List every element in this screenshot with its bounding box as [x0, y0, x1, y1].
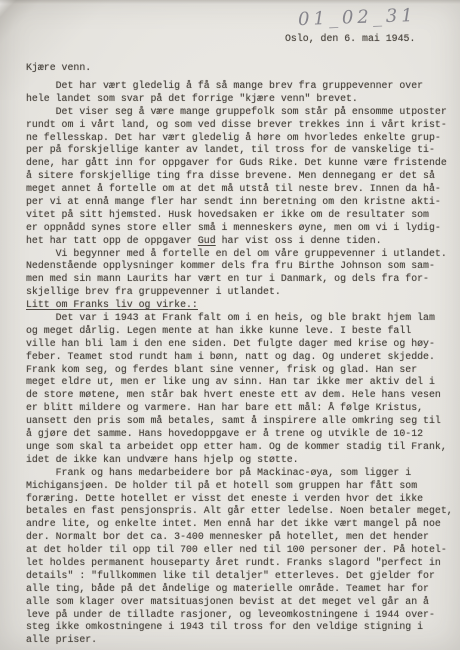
text-line: er oppnådd synes store eller små i menne… — [26, 222, 450, 235]
text-line: alle som klager over matsituasjonen bevi… — [26, 596, 450, 609]
text-line: Frank og hans medarbeidere bor på Mackin… — [26, 467, 450, 480]
text-line: unge som skal ta arbeidet opp etter ham.… — [26, 441, 450, 454]
text-line: skjellige brev fra gruppevenner i utland… — [26, 286, 450, 299]
text-line: Det var i 1943 at Frank falt om i en hei… — [26, 312, 450, 325]
text-line: idet de ikke kan undvære hans hjelp og s… — [26, 454, 450, 467]
text-line: foræring. Dette hotellet er visst det en… — [26, 493, 450, 506]
text-line: er blitt mildere og varmere. Han har bar… — [26, 402, 450, 415]
text-line: het har tatt opp de oppgaver Gud har vis… — [26, 235, 450, 248]
text-line: Vi begynner med å fortelle en del om vår… — [26, 248, 450, 261]
paper-edge-shadow — [0, 0, 460, 4]
letter-body: Det har vært gledelig å få så mange brev… — [26, 80, 450, 647]
text-line: betales en fast pensjonspris. Alt går et… — [26, 505, 450, 518]
text-line: Nedenstående opplysninger kommer dels fr… — [26, 260, 450, 273]
salutation: Kjære venn. — [26, 62, 91, 73]
text-line: per vi at ennå mange fler har sendt inn … — [26, 196, 450, 209]
text-line: uansett den pris som må betales, samt å … — [26, 415, 450, 428]
text-line: details" : "fullkommen like til detaljer… — [26, 570, 450, 583]
text-line: Det viser seg å være mange gruppefolk so… — [26, 106, 450, 119]
text-line: men med sin mann Laurits har vært en tur… — [26, 273, 450, 286]
dateline: Oslo, den 6. mai 1945. — [285, 33, 415, 44]
text-line: Michigansjøen. De holder til på et hotel… — [26, 480, 450, 493]
text-line: alle priser. — [26, 634, 450, 647]
text-line: leve på under de tilladte rasjoner, og l… — [26, 609, 450, 622]
text-line: Det har vært gledelig å få så mange brev… — [26, 80, 450, 93]
text-line: å sitere forskjellige ting fra disse bre… — [26, 170, 450, 183]
text-line: alle ting, både på det åndelige og mater… — [26, 583, 450, 596]
text-line: og meget dårlig. Legen mente at han ikke… — [26, 325, 450, 338]
text-line: let holdes permanent houseparty året run… — [26, 557, 450, 570]
text-line: ville han bli lam i den ene siden. Det f… — [26, 338, 450, 351]
text-line: at det holder til opp til 700 eller ned … — [26, 544, 450, 557]
section-heading: Litt om Franks liv og virke.: — [26, 299, 450, 312]
archival-mark: 01_02_31 — [298, 5, 417, 30]
text-line: å gjøre det samme. Hans hovedoppgave er … — [26, 428, 450, 441]
text-line: de store møtene, men står bak hvert enes… — [26, 389, 450, 402]
text-line: andre lite, og enkelte intet. Men ennå h… — [26, 518, 450, 531]
text-line: feber. Teamet stod rundt ham i bønn, nat… — [26, 351, 450, 364]
text-line: der. Normalt bor det ca. 3-400 mennesker… — [26, 531, 450, 544]
text-line: meget annet å fortelle om at det må utst… — [26, 183, 450, 196]
text-line: ne fellesskap. Det har vært gledelig å h… — [26, 132, 450, 145]
text-line: Frank kom seg, og ferdes blant sine venn… — [26, 364, 450, 377]
text-line: rundt om i vårt land, og som ved disse b… — [26, 119, 450, 132]
text-line: steg ikke omkostningene i 1943 til tross… — [26, 621, 450, 634]
letter-page: 01_02_31 Oslo, den 6. mai 1945. Kjære ve… — [0, 0, 460, 650]
text-line: hele landet som svar på det forrige "kjæ… — [26, 93, 450, 106]
text-line: meget eldre ut, men er like ung av sinn.… — [26, 376, 450, 389]
text-line: dene, har gått inn for oppgaver for Guds… — [26, 157, 450, 170]
text-line: per på forskjellige kanter av landet, ti… — [26, 144, 450, 157]
text-line: vitet på sitt hjemsted. Husk hovedsaken … — [26, 209, 450, 222]
